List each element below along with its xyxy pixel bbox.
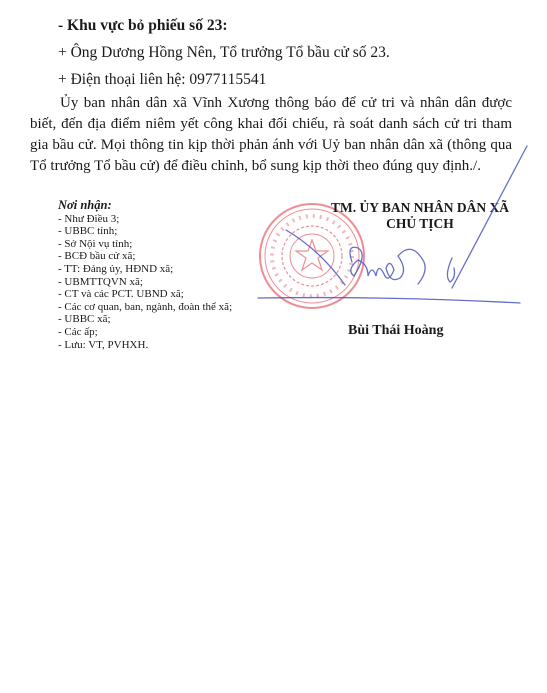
recipient-item: - Các cơ quan, ban, ngành, đoàn thể xã; — [58, 301, 232, 314]
recipient-item: - UBMTTQVN xã; — [58, 276, 232, 289]
recipient-item: - Lưu: VT, PVHXH. — [58, 339, 232, 352]
signer-name: Bùi Thái Hoàng — [348, 323, 443, 339]
recipients-title: Nơi nhận: — [58, 199, 232, 212]
polling-area-heading: - Khu vực bỏ phiếu số 23: — [58, 17, 228, 35]
position-title: CHỦ TỊCH — [305, 216, 535, 232]
contact-phone: + Điện thoại liên hệ: 0977115541 — [58, 71, 266, 89]
organization-title: TM. ỦY BAN NHÂN DÂN XÃ — [305, 200, 535, 216]
recipient-item: - Như Điều 3; — [58, 213, 232, 226]
recipient-item: - UBBC tỉnh; — [58, 225, 232, 238]
contact-person: + Ông Dương Hồng Nên, Tổ trưởng Tổ bầu c… — [58, 44, 390, 62]
recipient-item: - Các ấp; — [58, 326, 232, 339]
recipients-block: Nơi nhận: - Như Điều 3; - UBBC tỉnh; - S… — [58, 199, 232, 351]
recipient-item: - BCĐ bầu cử xã; — [58, 250, 232, 263]
recipient-item: - CT và các PCT. UBND xã; — [58, 288, 232, 301]
recipient-item: - Sở Nội vụ tỉnh; — [58, 238, 232, 251]
recipient-item: - TT: Đảng ủy, HĐND xã; — [58, 263, 232, 276]
signing-authority: TM. ỦY BAN NHÂN DÂN XÃ CHỦ TỊCH — [305, 200, 535, 232]
notice-paragraph: Ủy ban nhân dân xã Vĩnh Xương thông báo … — [30, 93, 512, 177]
recipient-item: - UBBC xã; — [58, 313, 232, 326]
